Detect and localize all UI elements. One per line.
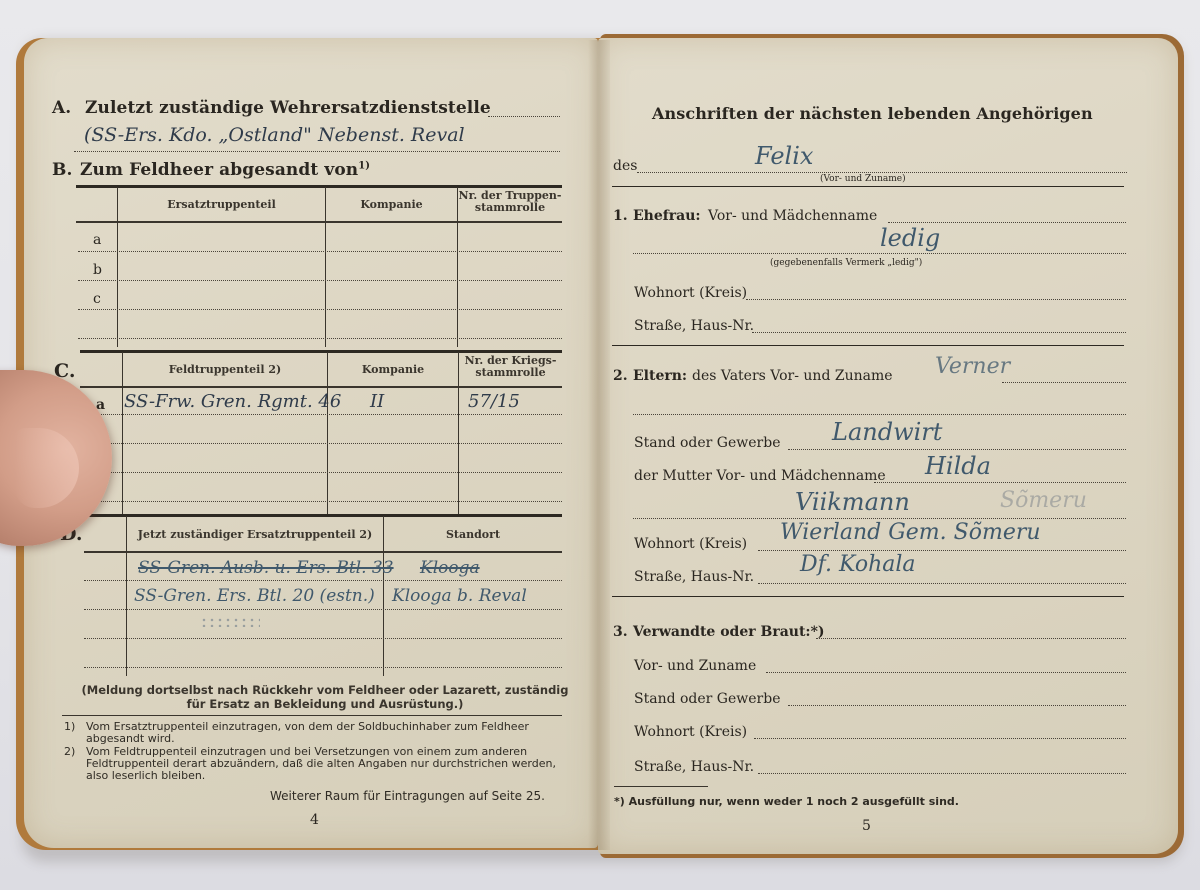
footnote-divider-right [614, 786, 708, 787]
table-b-row-a-line[interactable] [78, 251, 562, 252]
section-2-field-1-line[interactable] [1002, 382, 1126, 383]
section-2-field-2-line[interactable] [633, 414, 1126, 415]
table-b-row-b-line[interactable] [78, 280, 562, 281]
section-a-title: Zuletzt zuständige Wehrersatzdienststell… [85, 98, 491, 118]
table-b-vline-2 [325, 187, 326, 347]
section-b-title-text: Zum Feldheer abgesandt von [80, 160, 358, 180]
table-c-vline-1 [122, 352, 123, 516]
section-d-note: (Meldung dortselbst nach Rückkehr vom Fe… [80, 683, 570, 711]
table-d-top-rule [84, 514, 562, 517]
table-c-vline-2 [327, 352, 328, 516]
section-3-heading: Verwandte oder Braut:*) [633, 624, 825, 640]
footnote-2-text: Vom Feldtruppenteil einzutragen und bei … [86, 746, 564, 782]
section-3-field-1-line[interactable] [766, 672, 1126, 673]
section-2-field-4-label: der Mutter Vor- und Mädchenname [634, 468, 886, 484]
footnote-1-mark: 1) [64, 721, 86, 745]
table-b-row-a-label: a [93, 232, 101, 248]
footnote-1-text: Vom Ersatztruppenteil einzutragen, von d… [86, 721, 564, 745]
table-b-col-kompanie: Kompanie [326, 198, 457, 211]
des-handwritten-name: Felix [755, 142, 813, 170]
table-c-col-nr: Nr. der Kriegs-stammrolle [459, 355, 562, 379]
section-3-heading-line[interactable] [816, 638, 1126, 639]
section-3-field-2-line[interactable] [788, 705, 1126, 706]
section-a-handwritten: (SS-Ers. Kdo. „Ostland" Nebenst. Reval [84, 124, 465, 146]
des-label: des [613, 158, 637, 174]
des-rule [612, 186, 1124, 187]
section-1-field-3-label: Wohnort (Kreis) [634, 285, 747, 301]
table-c-top-rule [80, 350, 562, 353]
table-d-row-2-standort: Klooga b. Reval [392, 586, 527, 606]
table-c-col-feldtruppenteil: Feldtruppenteil 2) [123, 363, 327, 376]
footnote-1: 1) Vom Ersatztruppenteil einzutragen, vo… [64, 721, 564, 745]
table-c-row-d-line[interactable] [80, 501, 562, 502]
section-2-field-1-value: Verner [935, 354, 1010, 379]
section-2-number: 2. [613, 368, 628, 384]
table-d-row-2-ersatztruppenteil: SS-Gren. Ers. Btl. 20 (estn.) [134, 586, 375, 606]
section-2-heading: Eltern: [633, 368, 687, 384]
section-3-field-3-label: Wohnort (Kreis) [634, 724, 747, 740]
right-page-title: Anschriften der nächsten lebenden Angehö… [652, 104, 1093, 123]
book-gutter [588, 40, 610, 850]
section-1-field-4-label: Straße, Haus-Nr. [634, 318, 754, 334]
table-d-row-1-standort: Klooga [420, 558, 480, 578]
table-c-row-c-line[interactable] [80, 472, 562, 473]
table-d-col-ersatztruppenteil: Jetzt zuständiger Ersatztruppenteil 2) [127, 528, 383, 541]
table-d-row-1-ersatztruppenteil: SS-Gren. Ausb. u. Ers. Btl. 33 [138, 558, 394, 578]
section-3-field-3-line[interactable] [754, 738, 1126, 739]
table-b-row-c-label: c [93, 291, 101, 307]
section-1-field-1-line[interactable] [888, 222, 1126, 223]
table-d-row-3-line[interactable] [84, 638, 562, 639]
table-d-row-1-line[interactable] [84, 580, 562, 581]
stamp-smudge [200, 617, 260, 627]
table-c-row-a-feldtruppenteil: SS-Frw. Gren. Rgmt. 46 [124, 391, 341, 412]
section-3-field-1-label: Vor- und Zuname [634, 658, 756, 674]
table-b-row-d-line[interactable] [78, 338, 562, 339]
section-a-dotline [488, 116, 560, 117]
section-3-field-2-label: Stand oder Gewerbe [634, 691, 781, 707]
section-2-field-6-value: Wierland Gem. Sõmeru [780, 520, 1041, 545]
section-3-field-4-label: Straße, Haus-Nr. [634, 759, 754, 775]
footnote-2: 2) Vom Feldtruppenteil einzutragen und b… [64, 746, 564, 782]
section-b-footnote-ref: 1) [358, 160, 370, 171]
section-2-field-6-label: Wohnort (Kreis) [634, 536, 747, 552]
section-2-field-5-value: Viikmann [795, 488, 910, 516]
section-1-field-2-value: ledig [880, 224, 940, 252]
section-2-rule [612, 596, 1124, 597]
table-b-top-rule [76, 185, 562, 188]
section-3-field-4-line[interactable] [758, 773, 1126, 774]
table-d-row-4-line[interactable] [84, 667, 562, 668]
table-b-row-c-line[interactable] [78, 309, 562, 310]
section-b-letter: B. [52, 160, 73, 180]
right-page-footnote: *) Ausfüllung nur, wenn weder 1 noch 2 a… [614, 795, 959, 808]
section-1-field-2-line[interactable] [633, 253, 1126, 254]
table-b-row-b-label: b [93, 262, 102, 278]
section-b-title: Zum Feldheer abgesandt von1) [80, 160, 370, 180]
table-b-col-ersatztruppenteil: Ersatztruppenteil [118, 198, 325, 211]
section-2-field-3-value: Landwirt [832, 418, 942, 446]
page-number-left: 4 [310, 812, 319, 828]
table-c-row-a-kompanie: II [370, 391, 384, 412]
section-2-field-3-line[interactable] [788, 449, 1126, 450]
section-1-field-2-caption: (gegebenenfalls Vermerk „ledig") [770, 258, 922, 268]
des-dotline[interactable] [637, 172, 1127, 173]
section-2-field-4-line[interactable] [874, 482, 1126, 483]
table-c-col-kompanie: Kompanie [328, 363, 458, 376]
section-2-field-5-line[interactable] [633, 518, 1126, 519]
section-1-heading: Ehefrau: [633, 208, 701, 224]
table-c-row-a-line[interactable] [80, 414, 562, 415]
table-d-header-rule [84, 551, 562, 553]
table-d-col-standort: Standort [384, 528, 562, 541]
table-c-row-b-line[interactable] [80, 443, 562, 444]
section-1-number: 1. [613, 208, 628, 224]
section-3-number: 3. [613, 624, 628, 640]
section-a-letter: A. [52, 98, 71, 118]
section-2-field-3-label: Stand oder Gewerbe [634, 435, 781, 451]
section-2-field-7-value: Df. Kohala [800, 552, 916, 577]
table-c-header-rule [80, 386, 562, 388]
section-2-field-6-line[interactable] [758, 550, 1126, 551]
footnote-divider-left [62, 715, 562, 716]
section-1-rule [612, 345, 1124, 346]
section-1-field-3-line[interactable] [746, 299, 1126, 300]
section-2-field-7-label: Straße, Haus-Nr. [634, 569, 754, 585]
section-1-field-1-label: Vor- und Mädchenname [708, 208, 877, 224]
section-2-field-1-label: des Vaters Vor- und Zuname [692, 368, 893, 384]
footnote-2-mark: 2) [64, 746, 86, 782]
table-b-col-nr: Nr. der Truppen-stammrolle [458, 190, 562, 214]
table-b-vline-1 [117, 187, 118, 347]
section-1-field-4-line[interactable] [752, 332, 1126, 333]
section-2-field-4-value: Hilda [925, 452, 991, 480]
table-b-header-rule [76, 221, 562, 223]
thumbnail [15, 428, 79, 508]
section-a-dotline-2 [74, 151, 560, 152]
table-d-row-2-line[interactable] [84, 609, 562, 610]
section-2-field-7-line[interactable] [758, 583, 1126, 584]
page-number-right: 5 [862, 818, 871, 834]
continuation-note: Weiterer Raum für Eintragungen auf Seite… [270, 789, 545, 803]
section-2-field-5-faint-value: Sõmeru [1000, 488, 1087, 513]
table-c-row-a-nr: 57/15 [468, 391, 520, 412]
des-caption: (Vor- und Zuname) [820, 174, 906, 184]
